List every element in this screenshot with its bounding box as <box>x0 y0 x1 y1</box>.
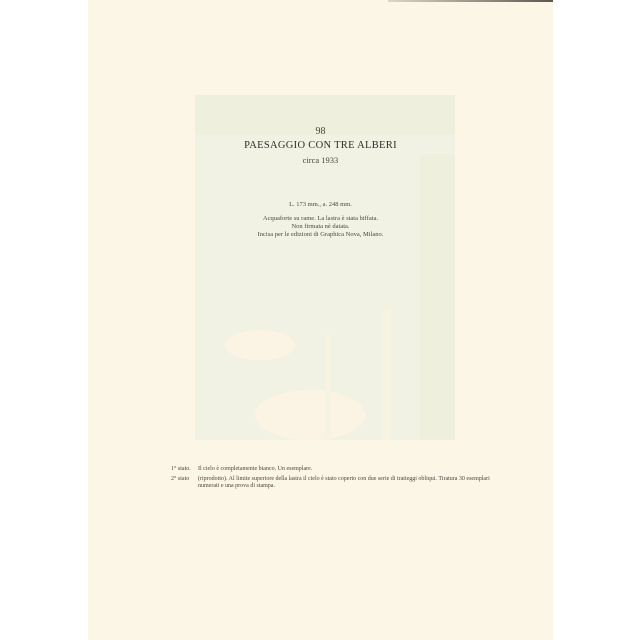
states-notes: 1° stato. Il cielo è completamente bianc… <box>171 466 501 493</box>
catalog-page: 98 PAESAGGIO CON TRE ALBERI circa 1933 L… <box>88 0 553 640</box>
state-label: 2° stato <box>171 476 198 491</box>
bleed-highlight <box>255 390 365 440</box>
plate-dimensions: L. 173 mm., a. 248 mm. <box>88 201 553 208</box>
state-text: (riprodotto). Al limite superiore della … <box>198 476 501 491</box>
bleed-tree-trunk <box>325 335 331 440</box>
description-line: Acquaforte su rame. La lastra è stata bi… <box>88 215 553 223</box>
bleed-tree-mass <box>420 155 455 440</box>
description-line: Incisa per le edizioni di Graphica Nova,… <box>88 231 553 239</box>
description-line: Non firmata nè datata. <box>88 223 553 231</box>
bleed-highlight <box>225 330 295 360</box>
state-note: 1° stato. Il cielo è completamente bianc… <box>171 466 501 474</box>
bleed-tree-trunk <box>383 310 391 440</box>
plate-date: circa 1933 <box>88 155 553 165</box>
plate-description: Acquaforte su rame. La lastra è stata bi… <box>88 215 553 239</box>
state-note: 2° stato (riprodotto). Al limite superio… <box>171 476 501 491</box>
state-label: 1° stato. <box>171 466 198 474</box>
page-edge-shadow <box>388 0 553 2</box>
plate-title: PAESAGGIO CON TRE ALBERI <box>88 140 553 151</box>
state-text: Il cielo è completamente bianco. Un esem… <box>198 466 501 474</box>
plate-number: 98 <box>88 126 553 137</box>
